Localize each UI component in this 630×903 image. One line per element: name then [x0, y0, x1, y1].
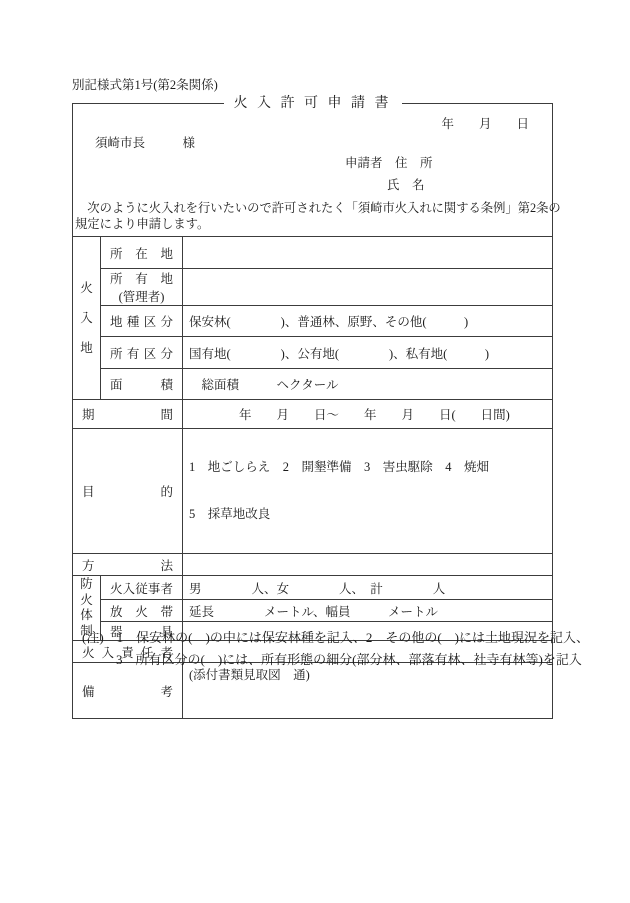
field-location — [183, 237, 553, 269]
addressee-line: 須崎市長 様 — [73, 135, 552, 151]
document-page: 別記様式第1号(第2条関係) 火 入 許 可 申 請 書 年 月 日 須崎市長 … — [0, 0, 630, 903]
footnote-line-2: 3 所有区分の( )には、所有形態の細分(部分林、部落有林、社寺有林等)を記入 — [72, 649, 557, 671]
applicant-name-label: 氏 名 — [73, 177, 552, 193]
field-workers: 男 人、女 人、 計 人 — [183, 576, 553, 600]
row-workers: 防火体制 火入従事者 男 人、女 人、 計 人 — [73, 576, 553, 600]
label-area: 面積 — [101, 369, 183, 400]
group-label-fire-site: 火入地 — [73, 237, 101, 400]
row-location: 火入地 所在地 — [73, 237, 553, 269]
intro-line-1: 次のように火入れを行いたいので許可されたく「須崎市火入れに関する条例」第2条の — [75, 200, 550, 216]
row-ownership: 所有区分 国有地( )、公有地( )、私有地( ) — [73, 337, 553, 369]
row-area: 面積 総面積 ヘクタール — [73, 369, 553, 400]
intro-paragraph: 次のように火入れを行いたいので許可されたく「須崎市火入れに関する条例」第2条の … — [73, 200, 552, 232]
row-method: 方法 — [73, 554, 553, 576]
label-ownership: 所有区分 — [101, 337, 183, 369]
label-method: 方法 — [73, 554, 183, 576]
field-owned-land — [183, 269, 553, 306]
row-purpose: 目的 1 地ごしらえ 2 開墾準備 3 害虫駆除 4 焼畑 5 採草地改良 — [73, 429, 553, 554]
field-land-type: 保安林( )、普通林、原野、その他( ) — [183, 306, 553, 337]
field-area: 総面積 ヘクタール — [183, 369, 553, 400]
owned-land-label-line1: 所有地 — [110, 269, 173, 287]
row-land-type: 地種区分 保安林( )、普通林、原野、その他( ) — [73, 306, 553, 337]
row-firebreak: 放火帯 延長 メートル、幅員 メートル — [73, 600, 553, 622]
footnotes: (注) 1 保安林の( )の中には保安林種を記入、2 その他の( )には土地現況… — [72, 627, 557, 671]
intro-line-2: 規定により申請します。 — [75, 216, 550, 232]
label-land-type: 地種区分 — [101, 306, 183, 337]
row-period: 期間 年 月 日～ 年 月 日( 日間) — [73, 400, 553, 429]
purpose-options-line2: 5 採草地改良 — [189, 506, 546, 523]
label-owned-land: 所有地 (管理者) — [101, 269, 183, 306]
footnote-line-1: (注) 1 保安林の( )の中には保安林種を記入、2 その他の( )には土地現況… — [72, 627, 557, 649]
field-period: 年 月 日～ 年 月 日( 日間) — [183, 400, 553, 429]
owned-land-label-line2: (管理者) — [110, 287, 173, 305]
document-style-label: 別記様式第1号(第2条関係) — [72, 77, 218, 93]
row-owned-land: 所有地 (管理者) — [73, 269, 553, 306]
purpose-options-line1: 1 地ごしらえ 2 開墾準備 3 害虫駆除 4 焼畑 — [189, 459, 546, 476]
field-firebreak: 延長 メートル、幅員 メートル — [183, 600, 553, 622]
label-workers: 火入従事者 — [101, 576, 183, 600]
label-location: 所在地 — [101, 237, 183, 269]
applicant-address-label: 申請者 住 所 — [73, 155, 552, 171]
field-ownership: 国有地( )、公有地( )、私有地( ) — [183, 337, 553, 369]
label-period: 期間 — [73, 400, 183, 429]
label-firebreak: 放火帯 — [101, 600, 183, 622]
fire-site-vertical-label: 火入地 — [80, 273, 94, 363]
form-title: 火 入 許 可 申 請 書 — [224, 94, 402, 113]
label-purpose: 目的 — [73, 429, 183, 554]
field-purpose: 1 地ごしらえ 2 開墾準備 3 害虫駆除 4 焼畑 5 採草地改良 — [183, 429, 553, 554]
field-method — [183, 554, 553, 576]
date-line: 年 月 日 — [73, 116, 552, 132]
